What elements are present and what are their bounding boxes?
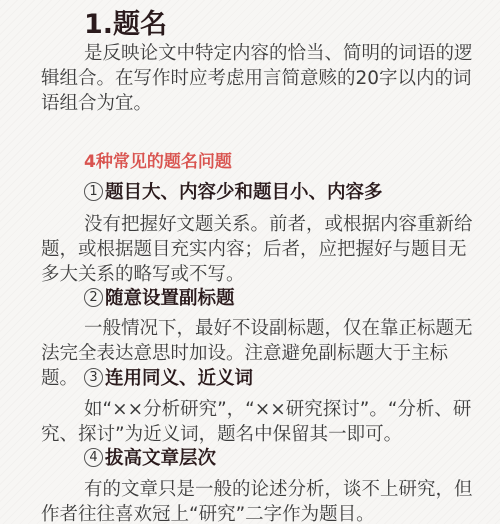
problem-heading-2: 2 随意设置副标题 [84, 284, 235, 310]
problem-body-4: 有的文章只是一般的论述分析，谈不上研究，但作者往往喜欢冠上“研究”二字作为题目。 [41, 477, 481, 524]
problem-body-1: 没有把握好文题关系。前者，或根据内容重新给题，或根据题目充实内容；后者，应把握好… [41, 212, 481, 287]
circled-number-icon: 4 [84, 448, 103, 467]
problem-heading-text: 拔高文章层次 [105, 444, 216, 470]
problem-heading-text: 随意设置副标题 [105, 284, 235, 310]
circled-number-icon: 2 [84, 288, 103, 307]
problem-heading-1: 1 题目大、内容少和题目小、内容多 [84, 178, 383, 204]
problems-subtitle: 4种常见的题名问题 [84, 147, 232, 172]
problem-heading-text: 题目大、内容少和题目小、内容多 [105, 178, 383, 204]
intro-paragraph: 是反映论文中特定内容的恰当、简明的词语的逻辑组合。在写作时应考虑用言简意赅的20… [41, 41, 481, 116]
problem-heading-3: 3 连用同义、近义词 [84, 364, 253, 390]
problem-heading-text: 连用同义、近义词 [105, 364, 253, 390]
circled-number-icon: 3 [84, 368, 103, 387]
section-title: 1.题名 [84, 2, 167, 41]
problem-body-3: 如“××分析研究”，“××研究探讨”。“分析、研究、探讨”为近义词，题名中保留其… [41, 397, 481, 447]
problem-heading-4: 4 拔高文章层次 [84, 444, 216, 470]
circled-number-icon: 1 [84, 182, 103, 201]
